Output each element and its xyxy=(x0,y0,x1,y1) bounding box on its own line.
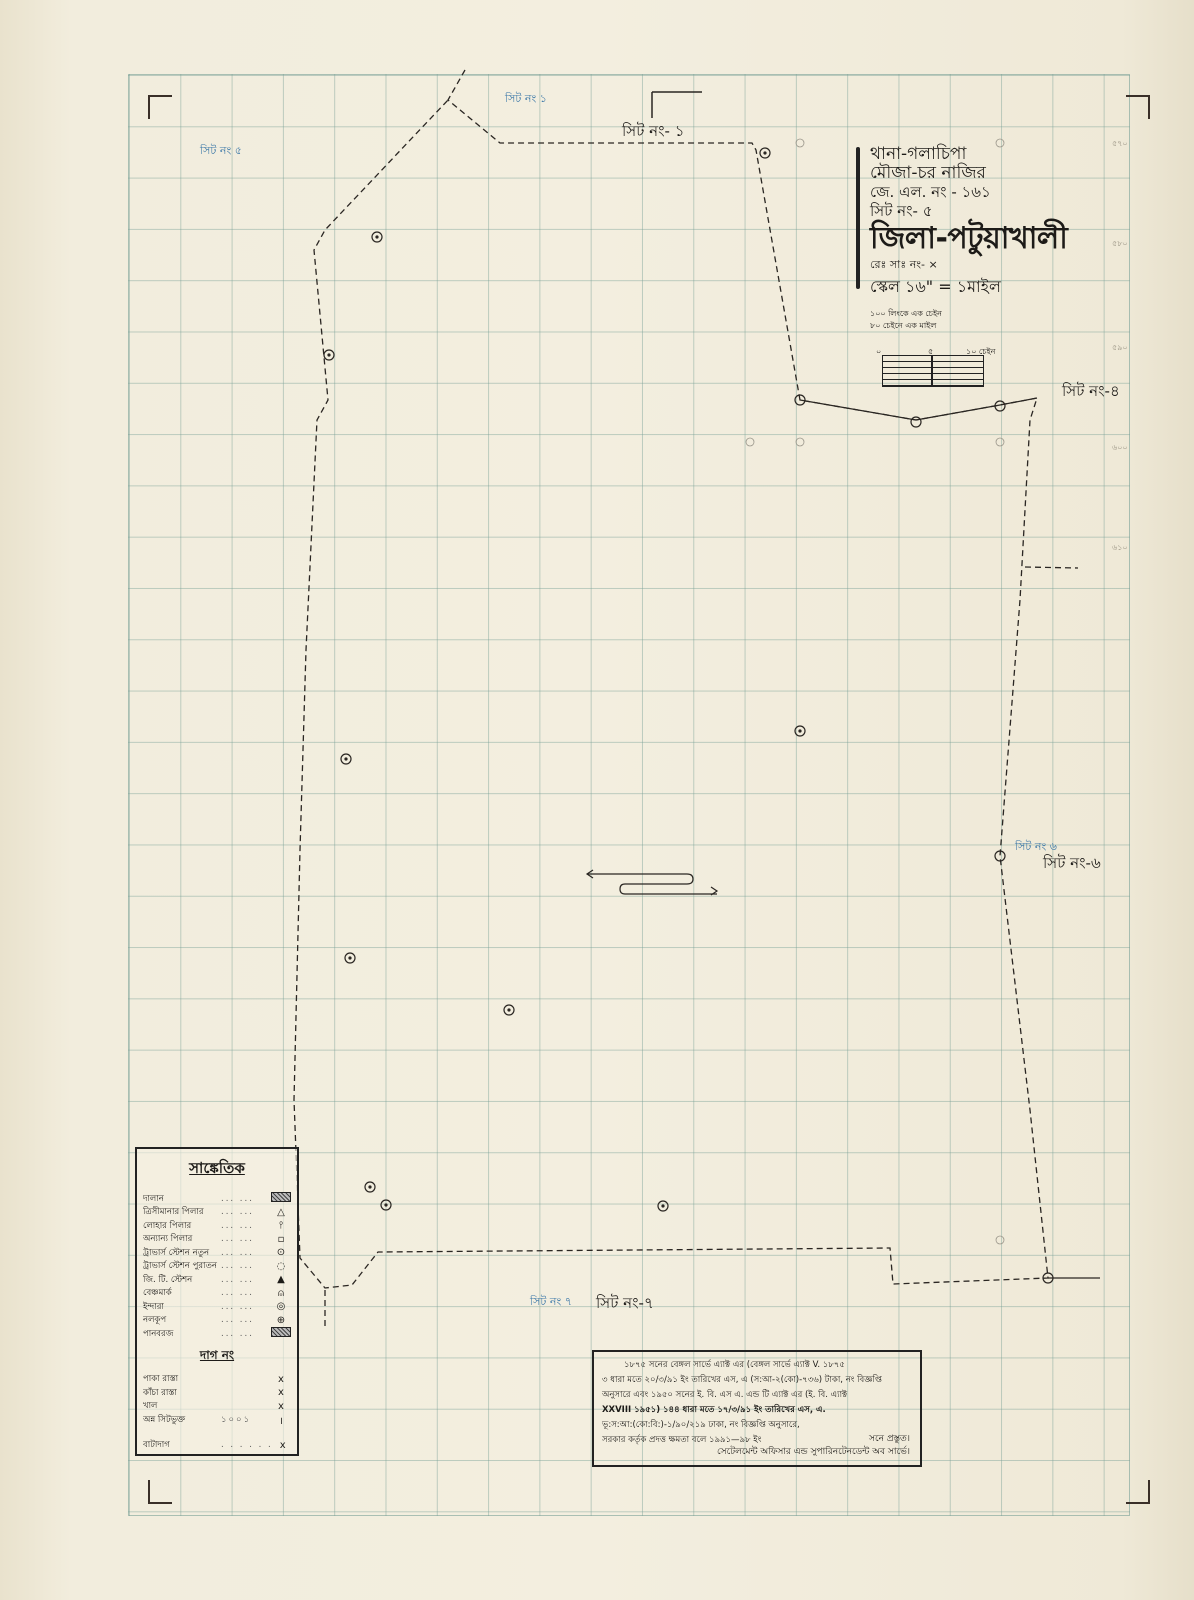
revenue-number: রেঃ সাঃ নং- × xyxy=(870,257,1090,272)
thana-label: থানা-গলাচিপা xyxy=(870,145,1090,164)
pencil-sheet-south: সিট নং ৭ xyxy=(530,1293,572,1312)
legend-row: জি. টি. স্টেশন... ...▲ xyxy=(137,1273,297,1287)
well-icon: ◎ xyxy=(271,1301,291,1312)
certificate-line: XXVIII ১৯৫১) ১৪৪ ধারা মতে ১৭/৩/৯১ ইং তার… xyxy=(602,1403,912,1418)
adjacent-sheet-north: সিট নং- ১ xyxy=(622,120,684,145)
legend-row: ট্রাভার্স স্টেশন পুরাতন... ...◌ xyxy=(137,1260,297,1274)
certificate-signer: সেটেলমেন্ট অফিসার এন্ড সুপারিনটেনডেন্ট অ… xyxy=(717,1445,910,1460)
north-arrow-icon xyxy=(585,868,725,898)
title-block: থানা-গলাচিপা মৌজা-চর নাজির জে. এল. নং - … xyxy=(870,145,1090,332)
scale-label: স্কেল ১৬" = ১মাইল xyxy=(870,276,1090,298)
building-symbol-icon xyxy=(271,1192,291,1202)
margin-number: ৫৭০ xyxy=(1112,138,1128,150)
pencil-sheet-east: সিট নং ৬ xyxy=(1015,838,1057,857)
margin-number: ৬১০ xyxy=(1112,542,1128,554)
gt-station-icon: ▲ xyxy=(271,1274,291,1285)
title-block-bar xyxy=(856,147,860,289)
certificate-line: অনুসারে এবং ১৯৫০ সনের ই. বি. এস এ. এন্ড … xyxy=(602,1388,912,1403)
legend-row: পাকা রাস্তাx xyxy=(137,1373,297,1387)
adjacent-sheet-south: সিট নং-৭ xyxy=(596,1292,654,1317)
certificate-line: ৩ ধারা মতে ২০/৩/৯১ ইং তারিখের এস, এ (স:আ… xyxy=(602,1373,912,1388)
diagonal-scale-bar xyxy=(882,355,984,387)
pencil-sheet-west: সিট নং ৫ xyxy=(200,142,242,161)
legend-row: বাটাদাগ. . . . . .x xyxy=(137,1439,297,1453)
betel-garden-icon xyxy=(271,1327,291,1337)
legend-row: কাঁচা রাস্তাx xyxy=(137,1386,297,1400)
chain-note-1: ১০০ লিংকে এক চেইন xyxy=(870,308,1090,320)
legend-row: লোহার পিলার... ...⫯ xyxy=(137,1219,297,1233)
traverse-station-old-icon: ◌ xyxy=(271,1261,291,1272)
pencil-sheet-north: সিট নং ১ xyxy=(505,90,547,109)
other-pillar-icon: ▫ xyxy=(271,1234,291,1245)
district-label: জিলা-পটুয়াখালী xyxy=(870,221,1090,257)
adjacent-sheet-east-upper: সিট নং-৪ xyxy=(1062,380,1120,405)
certificate-line: ১৮৭৫ সনের বেঙ্গল সার্ভে এ্যাক্ট এর (বেঙ্… xyxy=(602,1358,912,1373)
benchmark-icon: ⍝ xyxy=(271,1288,291,1299)
legend-title: সাঙ্কেতিক xyxy=(137,1157,297,1182)
legend-row: অন্যান্য পিলার... ...▫ xyxy=(137,1233,297,1247)
tubewell-icon: ⊕ xyxy=(271,1315,291,1326)
legend-row: অন্ন সিটভুক্ত১০০১। xyxy=(137,1413,297,1427)
legend-row: ট্রাভার্স স্টেশন নতুন... ...⊙ xyxy=(137,1246,297,1260)
sheet-1-tick xyxy=(652,92,702,118)
legend-row: দালান... ... xyxy=(137,1192,297,1206)
mouza-label: মৌজা-চর নাজির xyxy=(870,164,1090,183)
iron-pillar-icon: ⫯ xyxy=(271,1220,291,1231)
traverse-station-new-icon: ⊙ xyxy=(271,1247,291,1258)
legend-row: খালx xyxy=(137,1400,297,1414)
legend-row: বেঞ্চমার্ক... ...⍝ xyxy=(137,1287,297,1301)
legend-row: ত্রিসীমানার পিলার... ...△ xyxy=(137,1206,297,1220)
certificate-line: ভূ:স:আ:(কো:বি:)-১/৯০/২১৯ ঢাকা, নং বিজ্ঞপ… xyxy=(602,1418,912,1433)
legend-row: নলকূপ... ...⊕ xyxy=(137,1314,297,1328)
margin-number: ৫৮০ xyxy=(1112,238,1128,250)
margin-number: ৫৯০ xyxy=(1112,342,1128,354)
sheet-number: সিট নং- ৫ xyxy=(870,202,1090,221)
certificate-box: ১৮৭৫ সনের বেঙ্গল সার্ভে এ্যাক্ট এর (বেঙ্… xyxy=(592,1350,922,1467)
chain-note-2: ৮০ চেইনে এক মাইল xyxy=(870,320,1090,332)
tri-junction-pillar-icon: △ xyxy=(271,1207,291,1218)
legend-row: ইন্দারা... ...◎ xyxy=(137,1300,297,1314)
plot-number-subtitle: দাগ নং xyxy=(137,1347,297,1367)
margin-number: ৬০০ xyxy=(1112,442,1128,454)
scalebar-start: ০ xyxy=(876,346,881,358)
legend-row: পানবরজ... ... xyxy=(137,1327,297,1341)
jl-number: জে. এল. নং - ১৬১ xyxy=(870,183,1090,202)
legend-box: সাঙ্কেতিক দালান... ... ত্রিসীমানার পিলার… xyxy=(135,1147,299,1456)
